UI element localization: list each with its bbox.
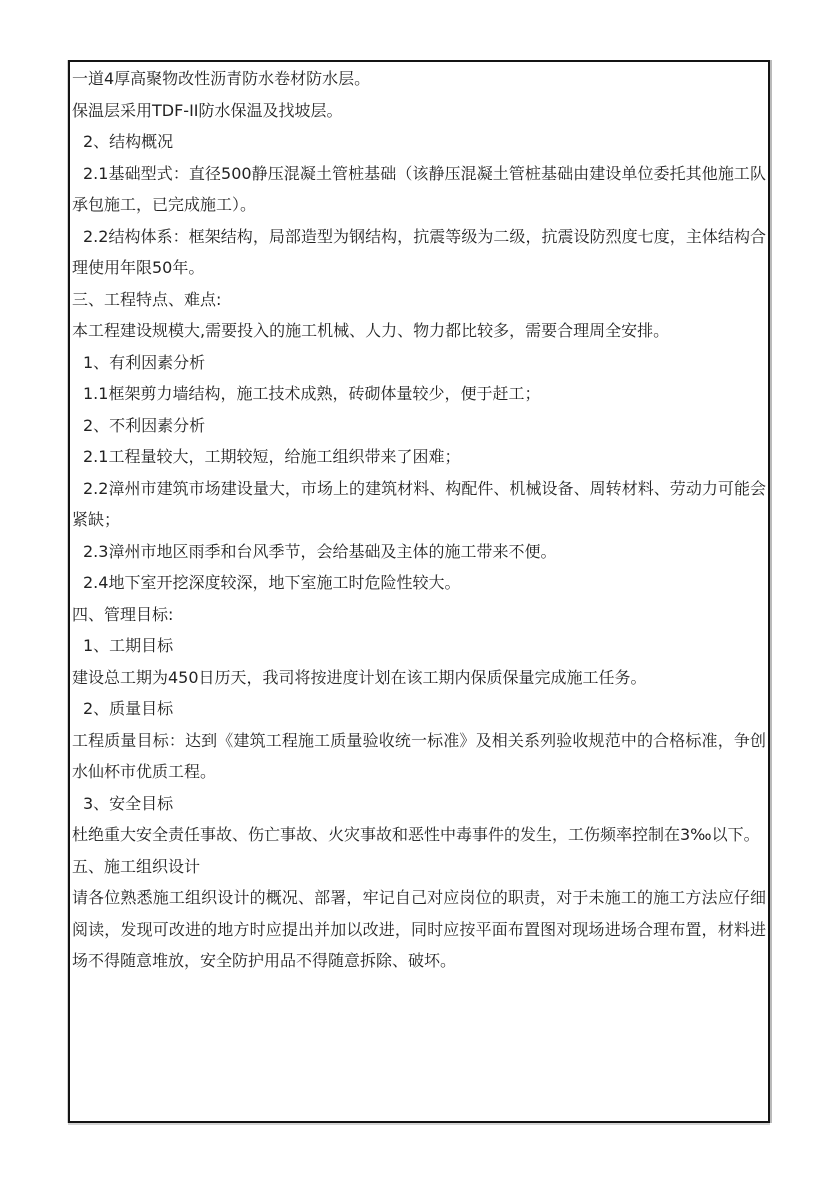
paragraph: 请各位熟悉施工组织设计的概况、部署，牢记自己对应岗位的职责，对于未施工的施工方法… <box>72 882 766 977</box>
paragraph: 1、工期目标 <box>72 630 766 662</box>
paragraph: 1、有利因素分析 <box>72 347 766 379</box>
paragraph-list: 一道4厚高聚物改性沥青防水卷材防水层。保温层采用TDF-II防水保温及找坡层。2… <box>72 63 766 977</box>
paragraph: 2、不利因素分析 <box>72 410 766 442</box>
content-cell: 一道4厚高聚物改性沥青防水卷材防水层。保温层采用TDF-II防水保温及找坡层。2… <box>68 60 770 1123</box>
paragraph: 2.1工程量较大，工期较短，给施工组织带来了困难； <box>72 441 766 473</box>
paragraph: 一道4厚高聚物改性沥青防水卷材防水层。 <box>72 63 766 95</box>
paragraph: 3、安全目标 <box>72 788 766 820</box>
paragraph: 2.1基础型式：直径500静压混凝土管桩基础（该静压混凝土管桩基础由建设单位委托… <box>72 158 766 221</box>
paragraph: 2.2漳州市建筑市场建设量大，市场上的建筑材料、构配件、机械设备、周转材料、劳动… <box>72 473 766 536</box>
paragraph: 四、管理目标: <box>72 599 766 631</box>
paragraph: 2、结构概况 <box>72 126 766 158</box>
paragraph: 工程质量目标：达到《建筑工程施工质量验收统一标准》及相关系列验收规范中的合格标准… <box>72 725 766 788</box>
paragraph: 建设总工期为450日历天，我司将按进度计划在该工期内保质保量完成施工任务。 <box>72 662 766 694</box>
paragraph: 2.2结构体系：框架结构，局部造型为钢结构，抗震等级为二级，抗震设防烈度七度，主… <box>72 221 766 284</box>
paragraph: 2.4地下室开挖深度较深，地下室施工时危险性较大。 <box>72 567 766 599</box>
paragraph: 三、工程特点、难点: <box>72 284 766 316</box>
paragraph: 2.3漳州市地区雨季和台风季节，会给基础及主体的施工带来不便。 <box>72 536 766 568</box>
paragraph: 杜绝重大安全责任事故、伤亡事故、火灾事故和恶性中毒事件的发生，工伤频率控制在3‰… <box>72 819 766 851</box>
paragraph: 保温层采用TDF-II防水保温及找坡层。 <box>72 95 766 127</box>
paragraph: 1.1框架剪力墙结构，施工技术成熟，砖砌体量较少，便于赶工； <box>72 378 766 410</box>
document-page: 一道4厚高聚物改性沥青防水卷材防水层。保温层采用TDF-II防水保温及找坡层。2… <box>0 0 838 1186</box>
paragraph: 本工程建设规模大,需要投入的施工机械、人力、物力都比较多，需要合理周全安排。 <box>72 315 766 347</box>
paragraph: 2、质量目标 <box>72 693 766 725</box>
paragraph: 五、施工组织设计 <box>72 851 766 883</box>
